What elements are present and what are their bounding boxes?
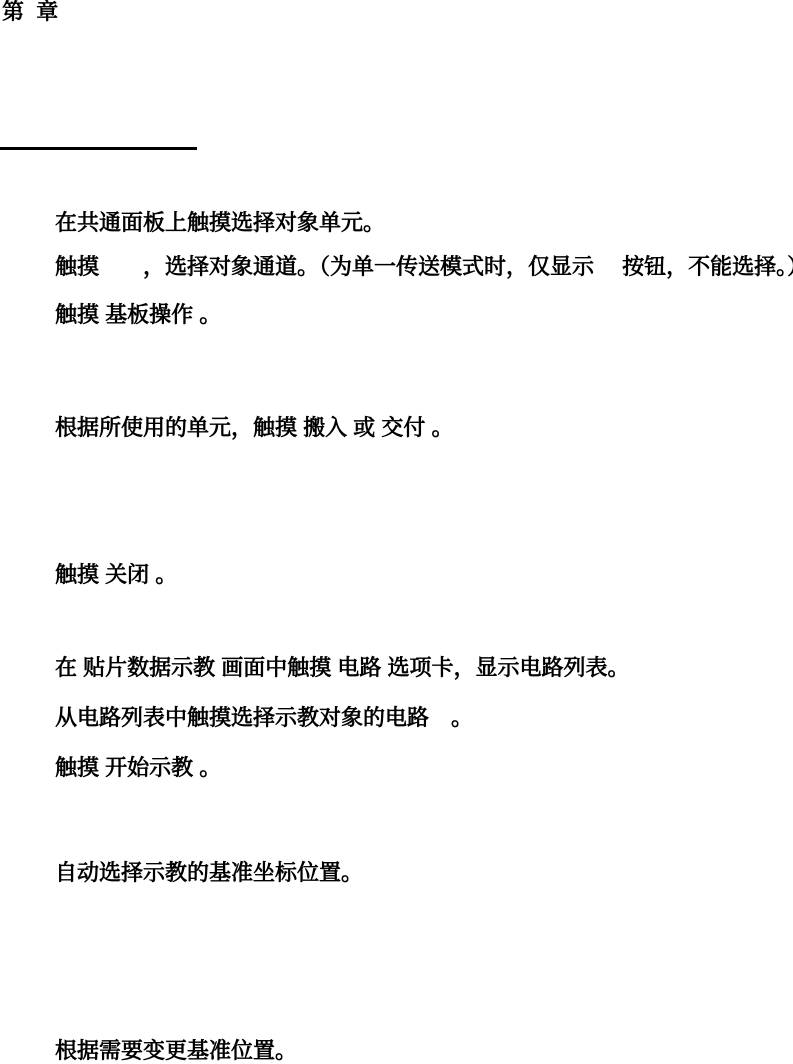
instruction-line: 触摸 开始示教 。 (55, 757, 221, 779)
instruction-line: 根据所使用的单元，触摸 搬入 或 交付 。 (55, 417, 453, 439)
instruction-line: 触摸 关闭 。 (55, 564, 177, 586)
section-divider (0, 147, 197, 150)
chapter-heading: 第 章 (2, 1, 58, 23)
instruction-line: 在共通面板上触摸选择对象单元。 (55, 212, 385, 234)
instruction-line: 触摸 ，选择对象通道。（为单一传送模式时，仅显示 按钮，不能选择。） (55, 256, 793, 278)
document-page: 第 章 在共通面板上触摸选择对象单元。 触摸 ，选择对象通道。（为单一传送模式时… (0, 0, 793, 1064)
instruction-line: 触摸 基板操作 。 (55, 304, 221, 326)
instruction-line: 在 贴片数据示教 画面中触摸 电路 选项卡，显示电路列表。 (55, 657, 629, 679)
instruction-line: 自动选择示教的基准坐标位置。 (55, 862, 363, 884)
instruction-line: 从电路列表中触摸选择示教对象的电路 。 (55, 707, 473, 729)
instruction-line: 根据需要变更基准位置。 (55, 1040, 297, 1062)
